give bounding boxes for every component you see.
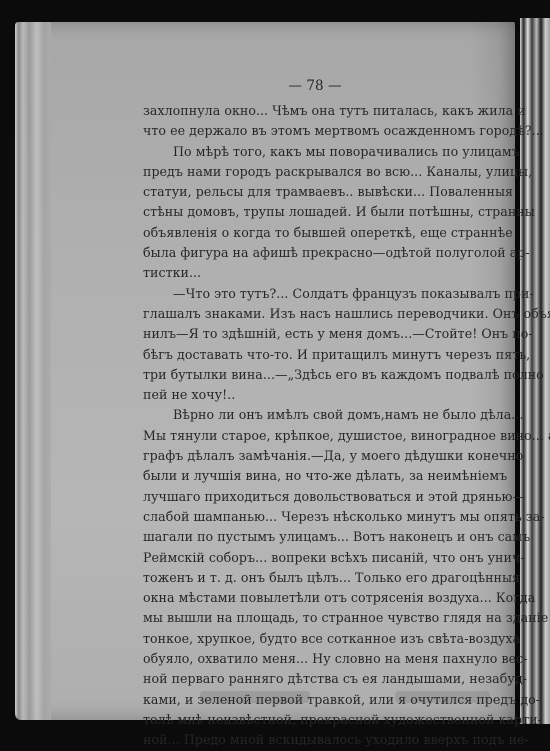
text-line: —Что это тутъ?... Солдатъ французъ показ…	[143, 284, 487, 304]
text-line: ной... Предо мной вскидывалось уходило в…	[143, 730, 487, 750]
text-line: графъ дѣлалъ замѣчанія.—Да, у моего дѣду…	[143, 446, 487, 466]
text-line: ной перваго ранняго дѣтства съ ея ландыш…	[143, 669, 487, 689]
text-line: тонкое, хрупкое, будто все сотканное изъ…	[143, 629, 487, 649]
text-line: были и лучшія вина, но что-же дѣлать, за…	[143, 466, 487, 486]
text-line: что ее держало въ этомъ мертвомъ осажден…	[143, 121, 487, 141]
text-line: шагали по пустымъ улицамъ... Вотъ наконе…	[143, 527, 487, 547]
text-line: ками, и зеленой первой травкой, или я оч…	[143, 690, 487, 710]
text-line: нилъ—Я то здѣшній, есть у меня домъ...—С…	[143, 324, 487, 344]
text-line: захлопнула окно... Чѣмъ она тутъ питалас…	[143, 101, 487, 121]
text-line: тоженъ и т. д. онъ былъ цѣлъ... Только е…	[143, 568, 487, 588]
text-line: тистки...	[143, 263, 487, 283]
text-line: статуи, рельсы для трамваевъ.. вывѣски..…	[143, 182, 487, 202]
text-line: Реймскій соборъ... вопреки всѣхъ писаній…	[143, 548, 487, 568]
text-line: По мѣрѣ того, какъ мы поворачивались по …	[143, 142, 487, 162]
text-line: стѣны домовъ, трупы лошадей. И были потѣ…	[143, 202, 487, 222]
page-number: — 78 —	[143, 76, 487, 96]
text-line: была фигура на афишѣ прекрасно—одѣтой по…	[143, 243, 487, 263]
text-lines: захлопнула окно... Чѣмъ она тутъ питалас…	[143, 101, 487, 751]
text-line: глашалъ знаками. Изъ насъ нашлись перево…	[143, 304, 487, 324]
text-line: толѣ мнѣ неизвѣстной, прекрасной художес…	[143, 710, 487, 730]
text-line: окна мѣстами повылетѣли отъ сотрясенія в…	[143, 588, 487, 608]
text-line: пей не хочу!..	[143, 385, 487, 405]
text-line: слабой шампанью... Черезъ нѣсколько мину…	[143, 507, 487, 527]
page-text: — 78 — захлопнула окно... Чѣмъ она тутъ …	[143, 76, 487, 751]
text-line: мы вышли на площадь, то странное чувство…	[143, 608, 487, 628]
text-line: обуяло, охватило меня... Ну словно на ме…	[143, 649, 487, 669]
text-line: объявленія о когда то бывшей опереткѣ, е…	[143, 223, 487, 243]
text-line: Вѣрно ли онъ имѣлъ свой домъ,намъ не был…	[143, 405, 487, 425]
text-line: бѣгъ доставать что-то. И притащилъ минут…	[143, 345, 487, 365]
text-line: три бутылки вина...—„Здѣсь его въ каждом…	[143, 365, 487, 385]
text-line: предъ нами городъ раскрывался во всю... …	[143, 162, 487, 182]
text-line: Мы тянули старое, крѣпкое, душистое, вин…	[143, 426, 487, 446]
text-line: лучшаго приходиться довольствоваться и э…	[143, 487, 487, 507]
page-stack-left-edge	[15, 22, 51, 720]
